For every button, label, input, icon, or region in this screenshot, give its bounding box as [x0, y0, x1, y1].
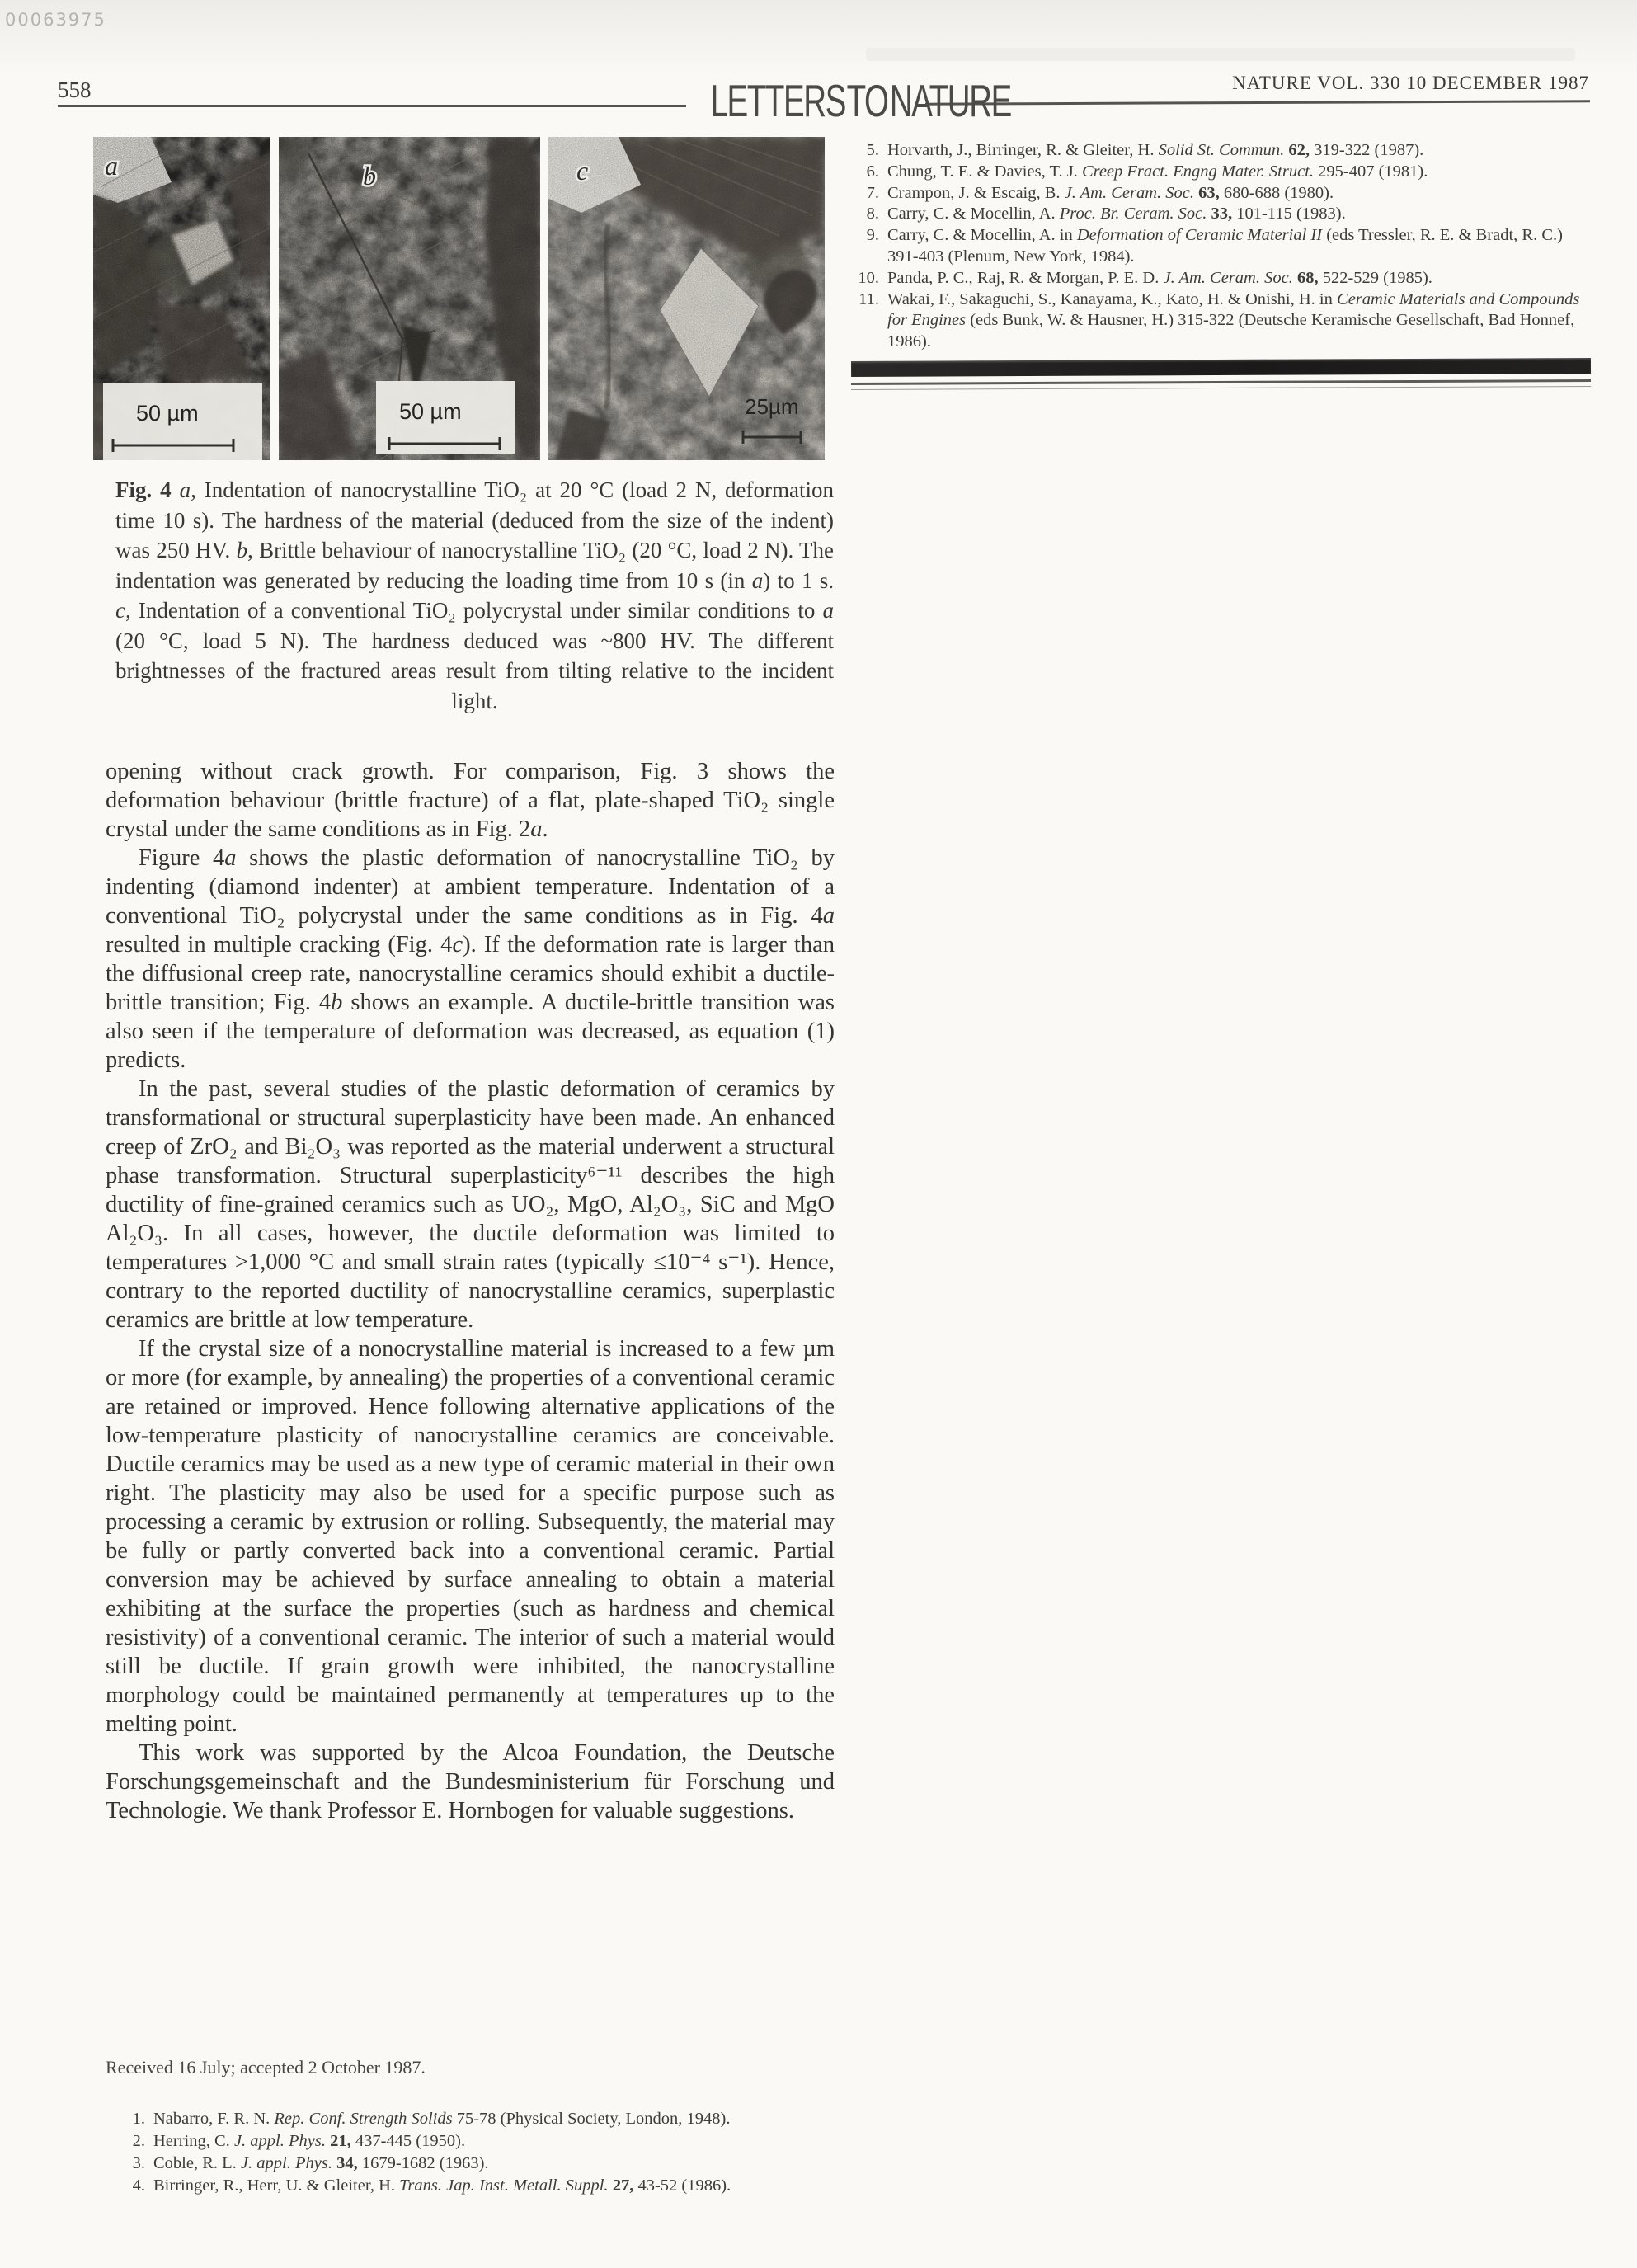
reference-number: 10. [851, 268, 887, 289]
micrograph-panel-a: a 50 µm [93, 137, 270, 460]
scan-stamp: 00063975 [5, 10, 106, 30]
reference-text: Nabarro, F. R. N. Rep. Conf. Strength So… [153, 2108, 843, 2130]
reference-item: 10. Panda, P. C., Raj, R. & Morgan, P. E… [851, 268, 1591, 289]
panel-label: c [576, 156, 588, 186]
micrograph-panel-c: c 25µm [548, 137, 825, 460]
end-of-letter-rule-thin [851, 386, 1591, 390]
reference-text: Coble, R. L. J. appl. Phys. 34, 1679-168… [153, 2153, 843, 2175]
reference-number: 11. [851, 289, 887, 353]
reference-item: 5. Horvarth, J., Birringer, R. & Gleiter… [851, 140, 1591, 162]
header-rule-left [58, 105, 686, 107]
reference-number: 2. [117, 2130, 153, 2153]
scale-bar-label: 50 µm [399, 399, 462, 424]
paragraph: opening without crack growth. For compar… [106, 757, 835, 844]
paragraph: This work was supported by the Alcoa Fou… [106, 1739, 835, 1825]
scan-streak [866, 48, 1575, 61]
reference-text: Crampon, J. & Escaig, B. J. Am. Ceram. S… [887, 183, 1591, 205]
reference-number: 8. [851, 204, 887, 225]
reference-text: Panda, P. C., Raj, R. & Morgan, P. E. D.… [887, 268, 1591, 289]
paragraph: Figure 4a shows the plastic deformation … [106, 844, 835, 1075]
received-note: Received 16 July; accepted 2 October 198… [106, 2057, 426, 2078]
reference-item: 6. Chung, T. E. & Davies, T. J. Creep Fr… [851, 162, 1591, 183]
reference-item: 2. Herring, C. J. appl. Phys. 21, 437-44… [117, 2130, 843, 2153]
reference-item: 11. Wakai, F., Sakaguchi, S., Kanayama, … [851, 289, 1591, 353]
page-number: 558 [58, 78, 92, 103]
reference-number: 3. [117, 2153, 153, 2175]
paragraph: In the past, several studies of the plas… [106, 1075, 835, 1334]
reference-text: Carry, C. & Mocellin, A. Proc. Br. Ceram… [887, 204, 1591, 225]
scale-bar-label: 25µm [745, 394, 799, 419]
reference-number: 4. [117, 2175, 153, 2197]
end-of-letter-bar [851, 358, 1591, 377]
paragraph: If the crystal size of a nonocrystalline… [106, 1334, 835, 1739]
reference-text: Birringer, R., Herr, U. & Gleiter, H. Tr… [153, 2175, 843, 2197]
reference-list-left: 1. Nabarro, F. R. N. Rep. Conf. Strength… [117, 2108, 843, 2197]
reference-item: 3. Coble, R. L. J. appl. Phys. 34, 1679-… [117, 2153, 843, 2175]
micrograph-panel-b: b 50 µm [279, 137, 540, 460]
figure-caption: Fig. 4 a, Indentation of nanocrystalline… [115, 475, 834, 716]
journal-info: NATURE VOL. 330 10 DECEMBER 1987 [1232, 73, 1589, 94]
reference-text: Wakai, F., Sakaguchi, S., Kanayama, K., … [887, 289, 1591, 353]
panel-label: a [105, 151, 118, 181]
reference-list-right: 5. Horvarth, J., Birringer, R. & Gleiter… [851, 140, 1591, 353]
reference-item: 8. Carry, C. & Mocellin, A. Proc. Br. Ce… [851, 204, 1591, 225]
reference-number: 9. [851, 225, 887, 268]
reference-number: 7. [851, 183, 887, 205]
body-column: opening without crack growth. For compar… [106, 757, 835, 1825]
end-of-letter-rule [851, 379, 1591, 385]
reference-text: Chung, T. E. & Davies, T. J. Creep Fract… [887, 162, 1591, 183]
reference-number: 1. [117, 2108, 153, 2130]
reference-text: Carry, C. & Mocellin, A. in Deformation … [887, 225, 1591, 268]
panel-label: b [363, 161, 376, 191]
reference-item: 9. Carry, C. & Mocellin, A. in Deformati… [851, 225, 1591, 268]
reference-text: Herring, C. J. appl. Phys. 21, 437-445 (… [153, 2130, 843, 2153]
scale-bar-label: 50 µm [136, 401, 199, 426]
reference-item: 1. Nabarro, F. R. N. Rep. Conf. Strength… [117, 2108, 843, 2130]
reference-item: 4. Birringer, R., Herr, U. & Gleiter, H.… [117, 2175, 843, 2197]
reference-number: 6. [851, 162, 887, 183]
scan-tint [0, 0, 1637, 74]
reference-number: 5. [851, 140, 887, 162]
reference-text: Horvarth, J., Birringer, R. & Gleiter, H… [887, 140, 1591, 162]
section-title: LETTERS TO NATURE [711, 74, 901, 127]
header-rule-right [925, 100, 1590, 106]
figure-4-micrographs: a 50 µm [93, 137, 825, 460]
reference-item: 7. Crampon, J. & Escaig, B. J. Am. Ceram… [851, 183, 1591, 205]
journal-page: 00063975 558 LETTERS TO NATURE NATURE VO… [0, 0, 1637, 2268]
